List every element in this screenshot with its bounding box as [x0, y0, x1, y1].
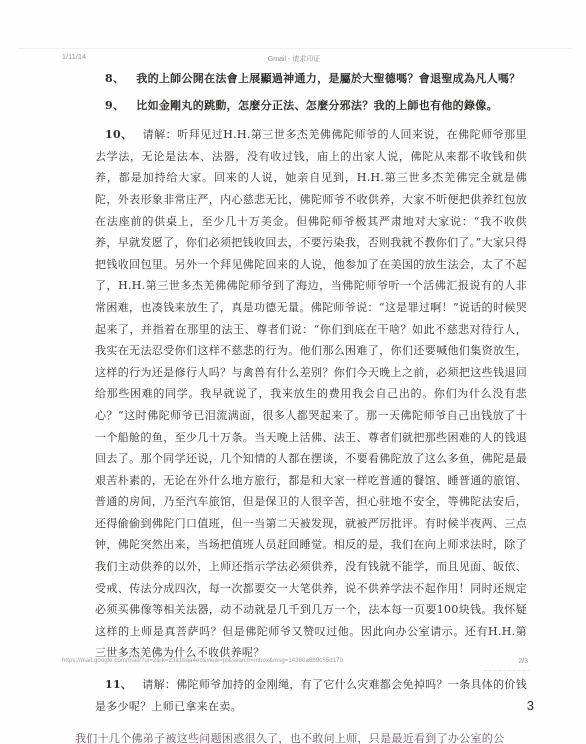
print-page-indicator: 2/3 [518, 658, 528, 665]
question-10: 10、请解：听拜见过H.H.第三世多杰羌佛佛陀师爷的人回来说，在佛陀师爷那里去学… [95, 124, 527, 664]
email-body: 8、我的上師公開在法會上展顯過神通力，是屬於大聖德嗎？會退聖成為凡人嗎？ 9、比… [95, 68, 527, 744]
question-9-number: 9、 [105, 99, 124, 112]
scan-artifact-mark [484, 670, 530, 671]
page-top-edge [18, 48, 572, 49]
question-10-number: 10、 [105, 128, 133, 141]
scanned-page: 1/11/14 Gmail - 请求印证 8、我的上師公開在法會上展顯過神通力，… [0, 0, 586, 744]
question-9: 9、比如金剛丸的跳動，怎麼分正法、怎麼分邪法？我的上師也有他的錄像。 [95, 95, 527, 117]
print-header: 1/11/14 Gmail - 请求印证 [60, 52, 528, 64]
print-title: Gmail - 请求印证 [60, 54, 528, 64]
print-footer: https://mail.google.com/mail/?ui=2&ik=23… [62, 656, 530, 668]
question-11-text: 请解：佛陀师爷加持的金刚绳，有了它什么灾难都会免掉吗？一条具体的价钱是多少呢？上… [95, 678, 527, 713]
question-9-text: 比如金剛丸的跳動，怎麼分正法、怎麼分邪法？我的上師也有他的錄像。 [136, 99, 498, 112]
question-11-number: 11、 [105, 678, 132, 691]
closing-line: 我们十几个佛弟子被这些问题困惑很久了，也不敢问上师，只是最近看到了办公室的公 [75, 728, 529, 744]
question-8-text: 我的上師公開在法會上展顯過神通力，是屬於大聖德嗎？會退聖成為凡人嗎？ [136, 72, 520, 85]
question-8-number: 8、 [105, 72, 124, 85]
question-10-text: 请解：听拜见过H.H.第三世多杰羌佛佛陀师爷的人回来说，在佛陀师爷那里去学法，无… [95, 128, 527, 659]
question-11: 11、请解：佛陀师爷加持的金刚绳，有了它什么灾难都会免掉吗？一条具体的价钱是多少… [95, 674, 527, 717]
question-8: 8、我的上師公開在法會上展顯過神通力，是屬於大聖德嗎？會退聖成為凡人嗎？ [95, 68, 527, 90]
print-url: https://mail.google.com/mail/?ui=2&ik=23… [62, 658, 343, 664]
document-page-number: 3 [527, 698, 534, 713]
